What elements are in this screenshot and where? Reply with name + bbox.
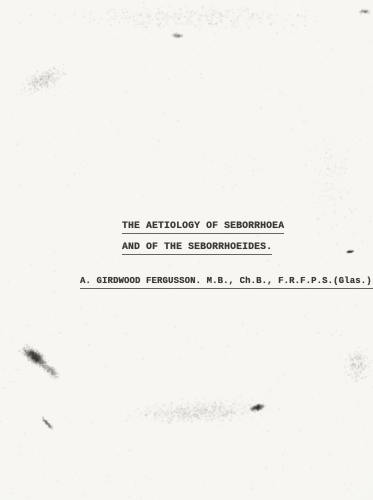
title-line-1: THE AETIOLOGY OF SEBORRHOEA [122, 221, 284, 234]
author-line: A. GIRDWOOD FERGUSSON. M.B., Ch.B., F.R.… [80, 277, 373, 289]
title-line-2: AND OF THE SEBORRHOEIDES. [122, 242, 272, 255]
document-page: THE AETIOLOGY OF SEBORRHOEA AND OF THE S… [0, 0, 373, 500]
